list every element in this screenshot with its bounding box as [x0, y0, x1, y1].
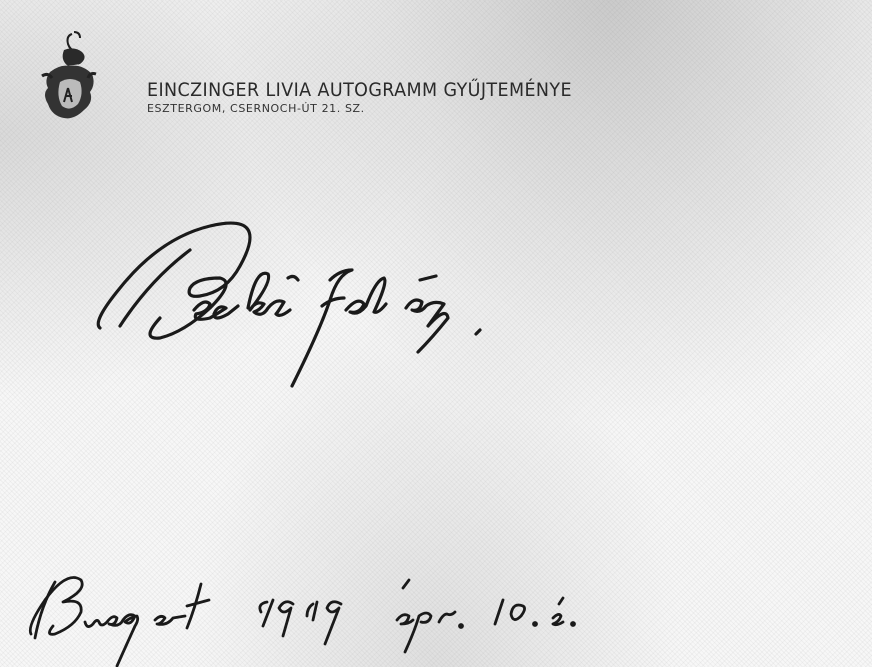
- letterhead-address: ESZTERGOM, CSERNOCH-ÚT 21. SZ.: [147, 102, 572, 115]
- handwritten-dateline: Budapest 1919 ápr. 10. é.: [25, 560, 805, 667]
- letterhead: EINCZINGER LIVIA AUTOGRAMM GYŰJTEMÉNYE E…: [147, 80, 572, 115]
- letterhead-title: EINCZINGER LIVIA AUTOGRAMM GYŰJTEMÉNYE: [147, 80, 572, 101]
- handwritten-signature: Beckefalvy: [90, 210, 650, 390]
- heraldic-crest-icon: [34, 28, 106, 128]
